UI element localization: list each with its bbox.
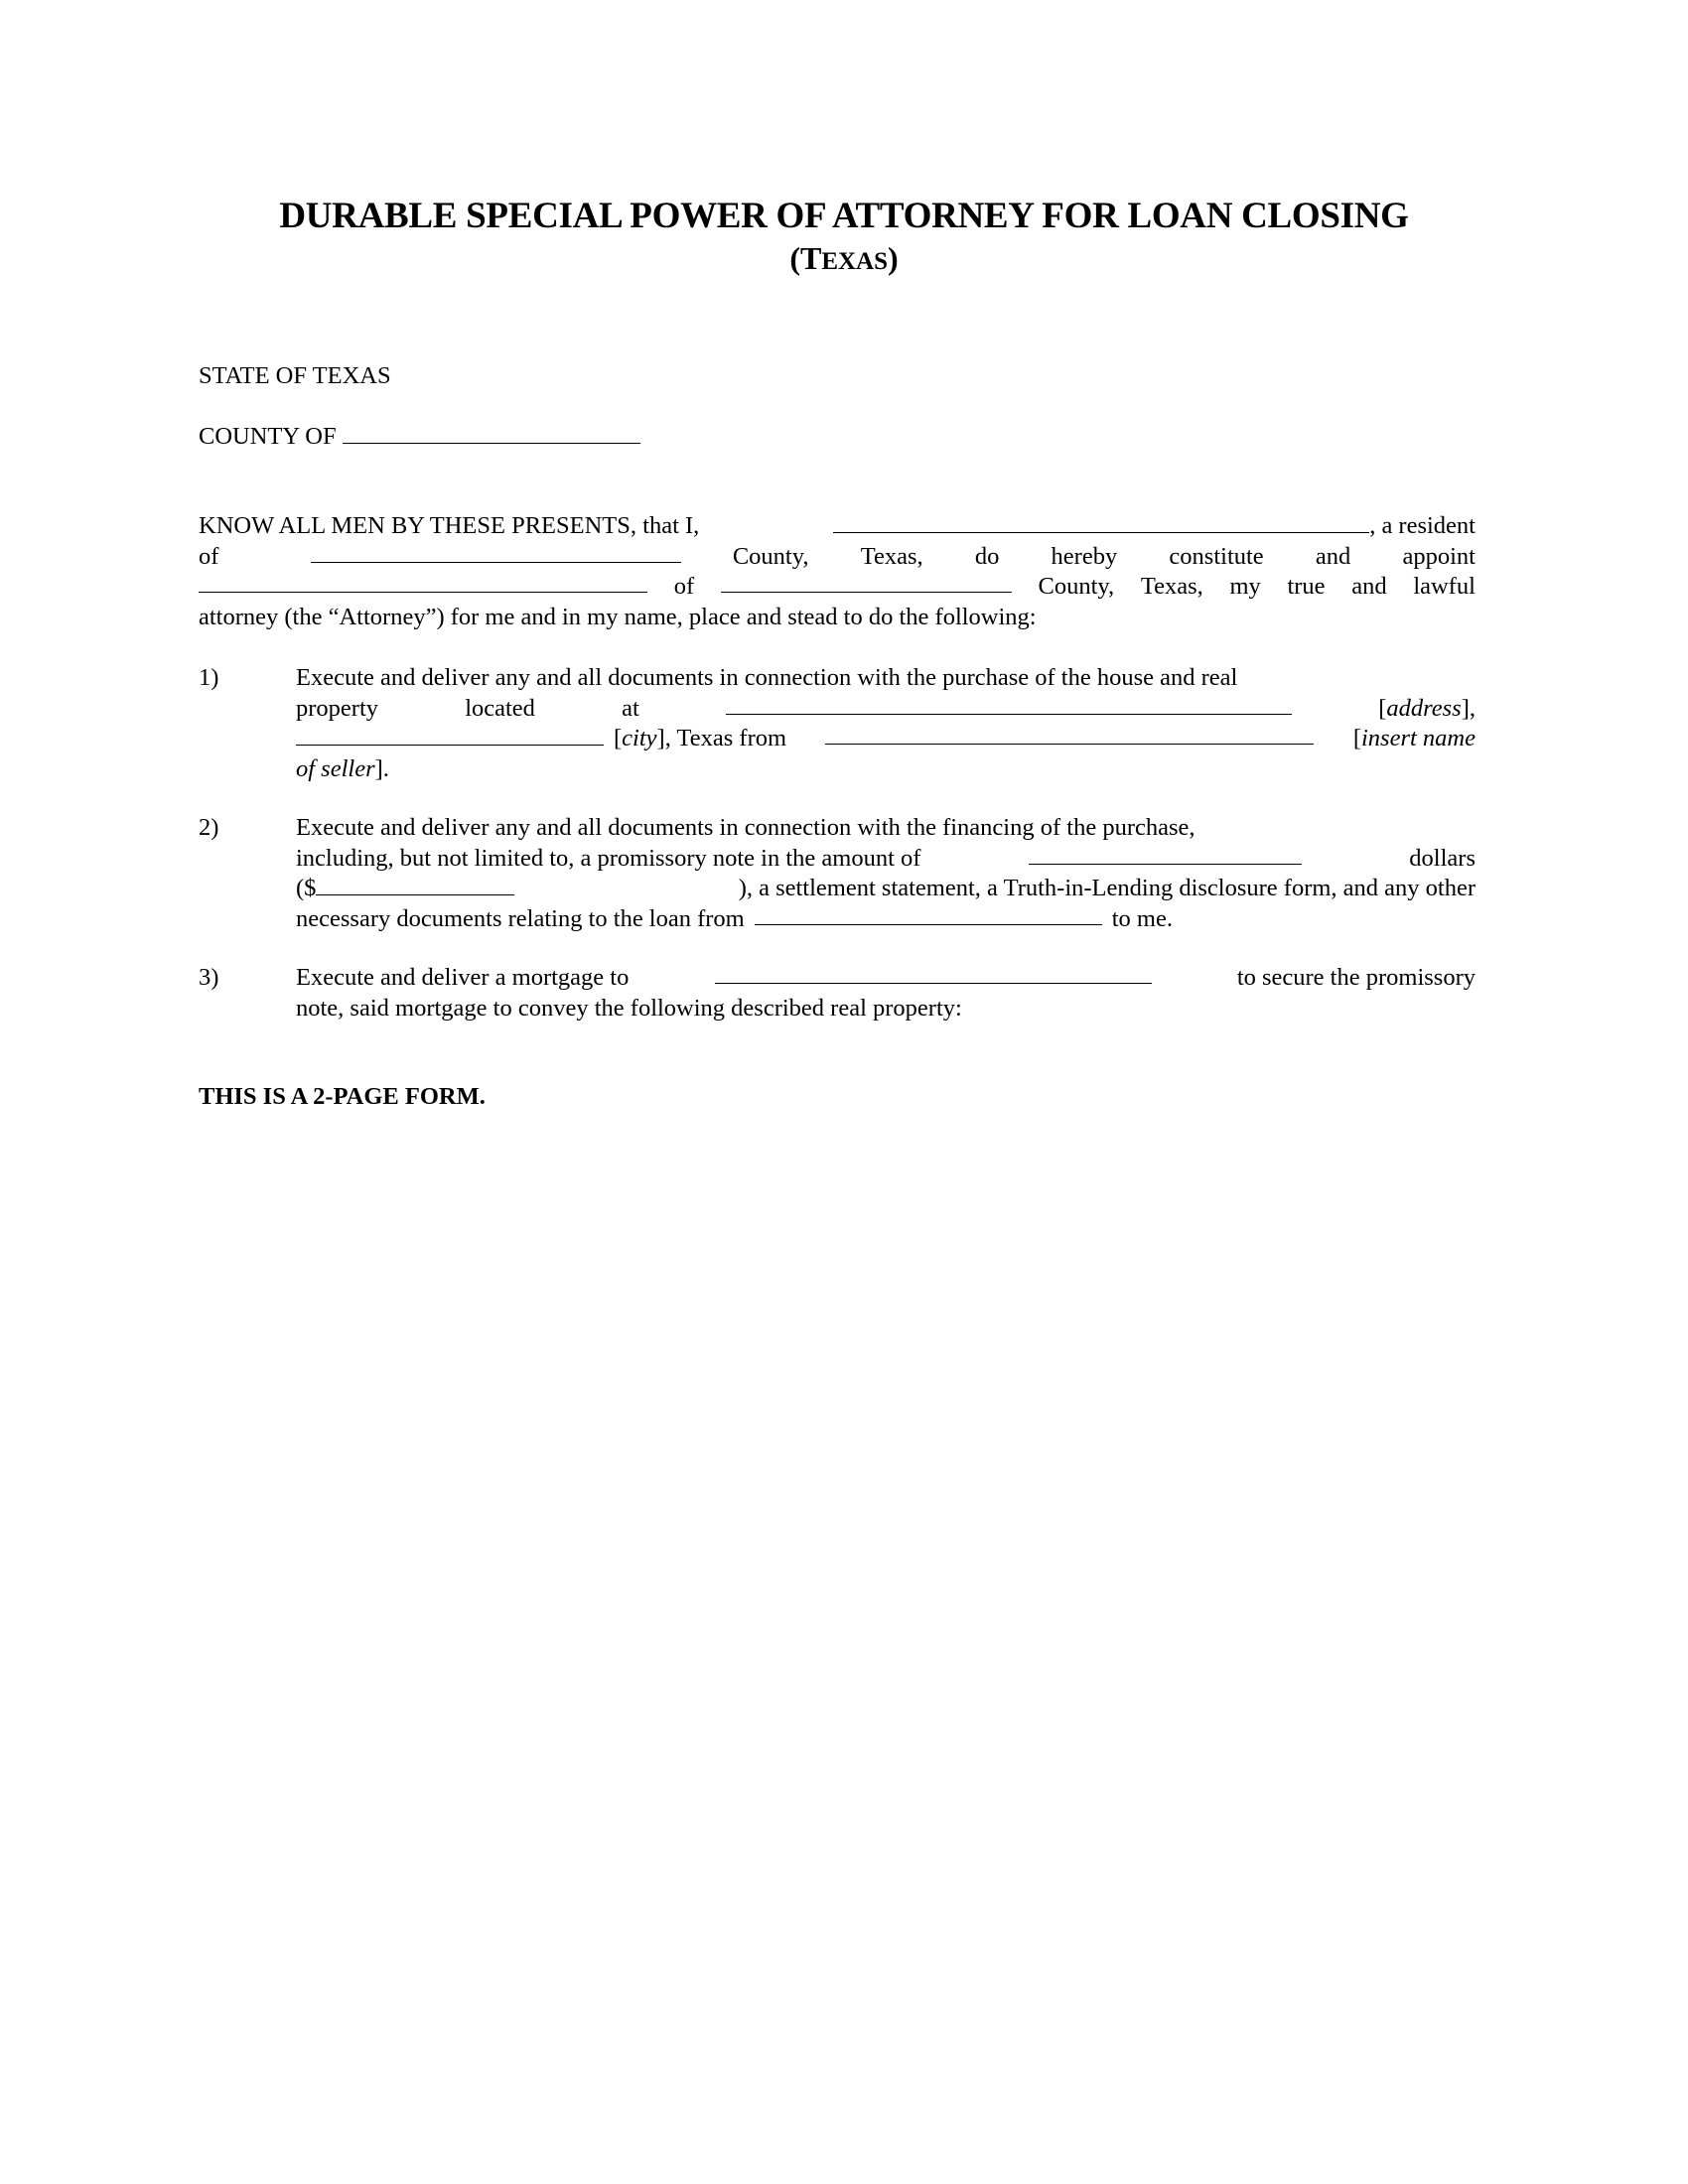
word: do — [975, 542, 1000, 573]
item-line: necessary documents relating to the loan… — [296, 904, 1476, 935]
item-line: ($ ), a settlement statement, a Truth-in… — [296, 874, 1476, 904]
intro-line-4: attorney (the “Attorney”) for me and in … — [199, 603, 1476, 633]
subtitle-cap: T — [800, 240, 821, 276]
address-hint: address — [1386, 695, 1461, 722]
item-text: dollars — [1409, 844, 1476, 875]
item-text: ), a settlement statement, a Truth-in-Le… — [739, 874, 1476, 904]
loan-amount-words-blank-field[interactable] — [1029, 844, 1302, 865]
city-blank-field[interactable] — [296, 725, 604, 746]
item-text: necessary documents relating to the loan… — [296, 904, 745, 935]
intro-line-3: of County, Texas, my true and lawful — [199, 572, 1476, 603]
resident-county-blank-field[interactable] — [311, 542, 681, 563]
page-count-note: THIS IS A 2-PAGE FORM. — [199, 1083, 486, 1111]
item-line: Execute and deliver any and all document… — [296, 813, 1476, 844]
word: and — [1351, 572, 1386, 603]
item-text: Execute and deliver any and all document… — [296, 813, 1196, 844]
intro-paragraph: KNOW ALL MEN BY THESE PRESENTS, that I, … — [199, 511, 1476, 632]
attorney-county-blank-field[interactable] — [721, 572, 1012, 593]
word: true — [1287, 572, 1325, 603]
document-subtitle: (TEXAS) — [0, 240, 1688, 277]
seller-name-blank-field[interactable] — [825, 724, 1314, 745]
word: of — [199, 542, 218, 573]
mortgagee-name-blank-field[interactable] — [715, 963, 1152, 984]
intro-text-end: attorney (the “Attorney”) for me and in … — [199, 603, 1037, 633]
city-text: ], Texas from — [657, 724, 787, 754]
document-page: DURABLE SPECIAL POWER OF ATTORNEY FOR LO… — [0, 0, 1688, 2184]
amount-group: ($ — [296, 874, 514, 904]
bracket: ], — [1462, 695, 1476, 722]
item-number: 1) — [199, 663, 218, 694]
word: located — [465, 694, 535, 725]
intro-line-1: KNOW ALL MEN BY THESE PRESENTS, that I, … — [199, 511, 1476, 542]
principal-name-blank-field[interactable] — [833, 512, 1369, 533]
item-line: Execute and deliver a mortgage to to sec… — [296, 963, 1476, 994]
subtitle-rest: EXAS — [821, 248, 888, 275]
word: and — [1316, 542, 1350, 573]
bracket: [ — [1353, 725, 1361, 751]
word: my — [1229, 572, 1260, 603]
item-number: 3) — [199, 963, 218, 994]
item-line: [city], Texas from [insert name — [296, 724, 1476, 754]
seller-hint-cont: of seller — [296, 754, 375, 785]
county-blank-field[interactable] — [343, 423, 640, 444]
attorney-name-blank-field[interactable] — [199, 572, 647, 593]
item-line: property located at [address], — [296, 694, 1476, 725]
item-text: to secure the promissory — [1237, 963, 1476, 994]
address-label: [address], — [1378, 694, 1476, 725]
item-body: Execute and deliver any and all document… — [296, 663, 1476, 784]
bracket: [ — [614, 724, 622, 754]
subtitle-paren-open: ( — [789, 240, 800, 276]
word: lawful — [1413, 572, 1476, 603]
intro-text: KNOW ALL MEN BY THESE PRESENTS, that I, — [199, 511, 699, 542]
subtitle-paren-close: ) — [888, 240, 899, 276]
word: County, — [733, 542, 809, 573]
word: appoint — [1402, 542, 1476, 573]
item-line: of seller]. — [296, 754, 1476, 785]
item-body: Execute and deliver a mortgage to to sec… — [296, 963, 1476, 1024]
word: hereby — [1052, 542, 1118, 573]
seller-hint: insert name — [1361, 725, 1476, 751]
word: Texas, — [861, 542, 923, 573]
loan-amount-number-blank-field[interactable] — [316, 875, 514, 895]
bracket: ]. — [375, 754, 389, 785]
property-address-blank-field[interactable] — [726, 694, 1292, 715]
word: constitute — [1169, 542, 1263, 573]
item-line: Execute and deliver any and all document… — [296, 663, 1476, 694]
intro-line-2: of County, Texas, do hereby constitute a… — [199, 542, 1476, 573]
item-text: note, said mortgage to convey the follow… — [296, 994, 962, 1024]
county-line: COUNTY OF — [199, 422, 640, 453]
document-title: DURABLE SPECIAL POWER OF ATTORNEY FOR LO… — [0, 195, 1688, 237]
city-group: [city], Texas from — [296, 724, 786, 754]
item-text: including, but not limited to, a promiss… — [296, 844, 920, 875]
seller-label: [insert name — [1353, 724, 1476, 754]
word: County, — [1038, 572, 1114, 603]
city-hint: city — [622, 724, 656, 754]
word: Texas, — [1141, 572, 1203, 603]
item-body: Execute and deliver any and all document… — [296, 813, 1476, 934]
lender-name-blank-field[interactable] — [755, 904, 1102, 925]
item-number: 2) — [199, 813, 218, 844]
word: of — [674, 572, 694, 603]
state-line: STATE OF TEXAS — [199, 361, 391, 392]
item-text: Execute and deliver any and all document… — [296, 663, 1237, 694]
county-label: COUNTY OF — [199, 423, 337, 450]
word: at — [622, 694, 639, 725]
word: property — [296, 694, 378, 725]
item-text: Execute and deliver a mortgage to — [296, 963, 629, 994]
dollar-prefix: ($ — [296, 874, 316, 904]
item-line: note, said mortgage to convey the follow… — [296, 994, 1476, 1024]
item-text: to me. — [1112, 904, 1173, 935]
intro-text-resident: , a resident — [1369, 511, 1476, 542]
item-line: including, but not limited to, a promiss… — [296, 844, 1476, 875]
